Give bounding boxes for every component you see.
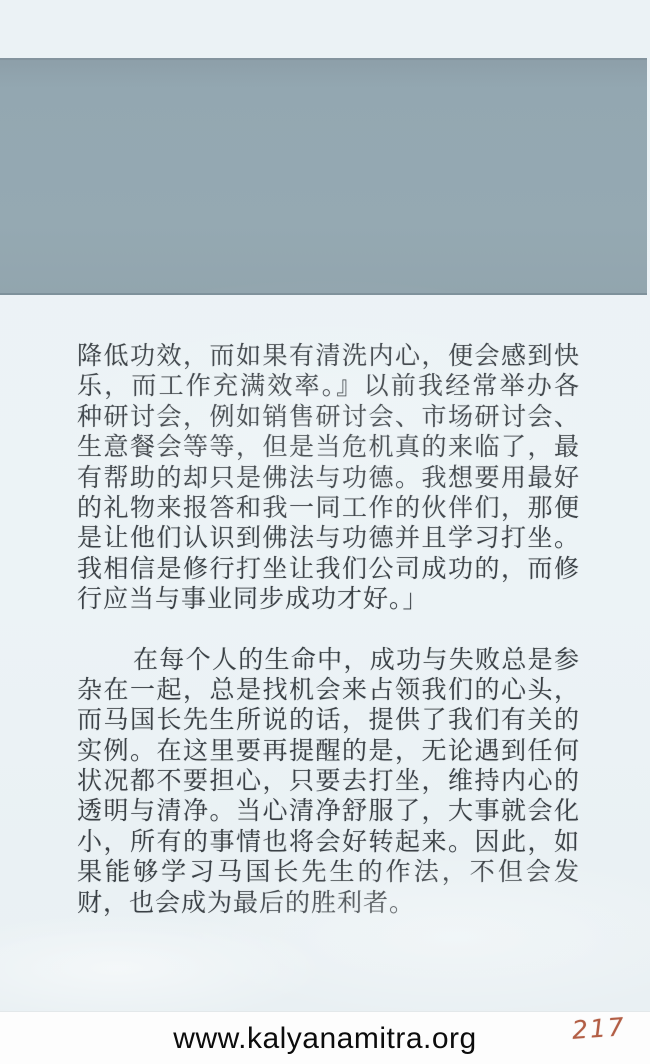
text-line: 的礼物来报答和我一同工作的伙伴们，那便 xyxy=(77,493,580,523)
footer-bar: www.kalyanamitra.org 217 xyxy=(0,1011,650,1064)
text-line: 在每个人的生命中，成功与失败总是参 xyxy=(77,645,580,675)
header-color-band xyxy=(0,58,647,295)
text-line: 是让他们认识到佛法与功德并且学习打坐。 xyxy=(77,523,580,553)
text-line: 行应当与事业同步成功才好。」 xyxy=(77,584,580,614)
text-line: 我相信是修行打坐让我们公司成功的，而修 xyxy=(77,554,580,584)
text-line: 降低功效，而如果有清洗内心，便会感到快 xyxy=(77,341,580,371)
text-line: 实例。在这里要再提醒的是，无论遇到任何 xyxy=(77,736,580,766)
paragraph-1: 降低功效，而如果有清洗内心，便会感到快 乐，而工作充满效率。』以前我经常举办各 … xyxy=(77,341,580,615)
text-line: 生意餐会等等，但是当危机真的来临了，最 xyxy=(77,432,580,462)
text-line: 果能够学习马国长先生的作法，不但会发 xyxy=(77,857,580,887)
watermark-url: www.kalyanamitra.org xyxy=(0,1022,650,1056)
paragraph-2: 在每个人的生命中，成功与失败总是参 杂在一起，总是找机会来占领我们的心头， 而马… xyxy=(77,645,580,919)
text-line: 财，也会成为最后的胜利者。 xyxy=(77,888,580,918)
text-line: 乐，而工作充满效率。』以前我经常举办各 xyxy=(77,371,580,401)
text-line: 而马国长先生所说的话，提供了我们有关的 xyxy=(77,705,580,735)
scanned-page: 降低功效，而如果有清洗内心，便会感到快 乐，而工作充满效率。』以前我经常举办各 … xyxy=(0,0,650,1064)
page-number: 217 xyxy=(571,1012,627,1045)
text-line: 有帮助的却只是佛法与功德。我想要用最好 xyxy=(77,463,580,493)
text-line: 透明与清净。当心清净舒服了，大事就会化 xyxy=(77,796,580,826)
text-line: 种研讨会，例如销售研讨会、市场研讨会、 xyxy=(77,402,580,432)
text-line: 小，所有的事情也将会好转起来。因此，如 xyxy=(77,827,580,857)
text-line: 状况都不要担心，只要去打坐，维持内心的 xyxy=(77,766,580,796)
body-text: 降低功效，而如果有清洗内心，便会感到快 乐，而工作充满效率。』以前我经常举办各 … xyxy=(77,341,580,948)
text-line: 杂在一起，总是找机会来占领我们的心头， xyxy=(77,675,580,705)
